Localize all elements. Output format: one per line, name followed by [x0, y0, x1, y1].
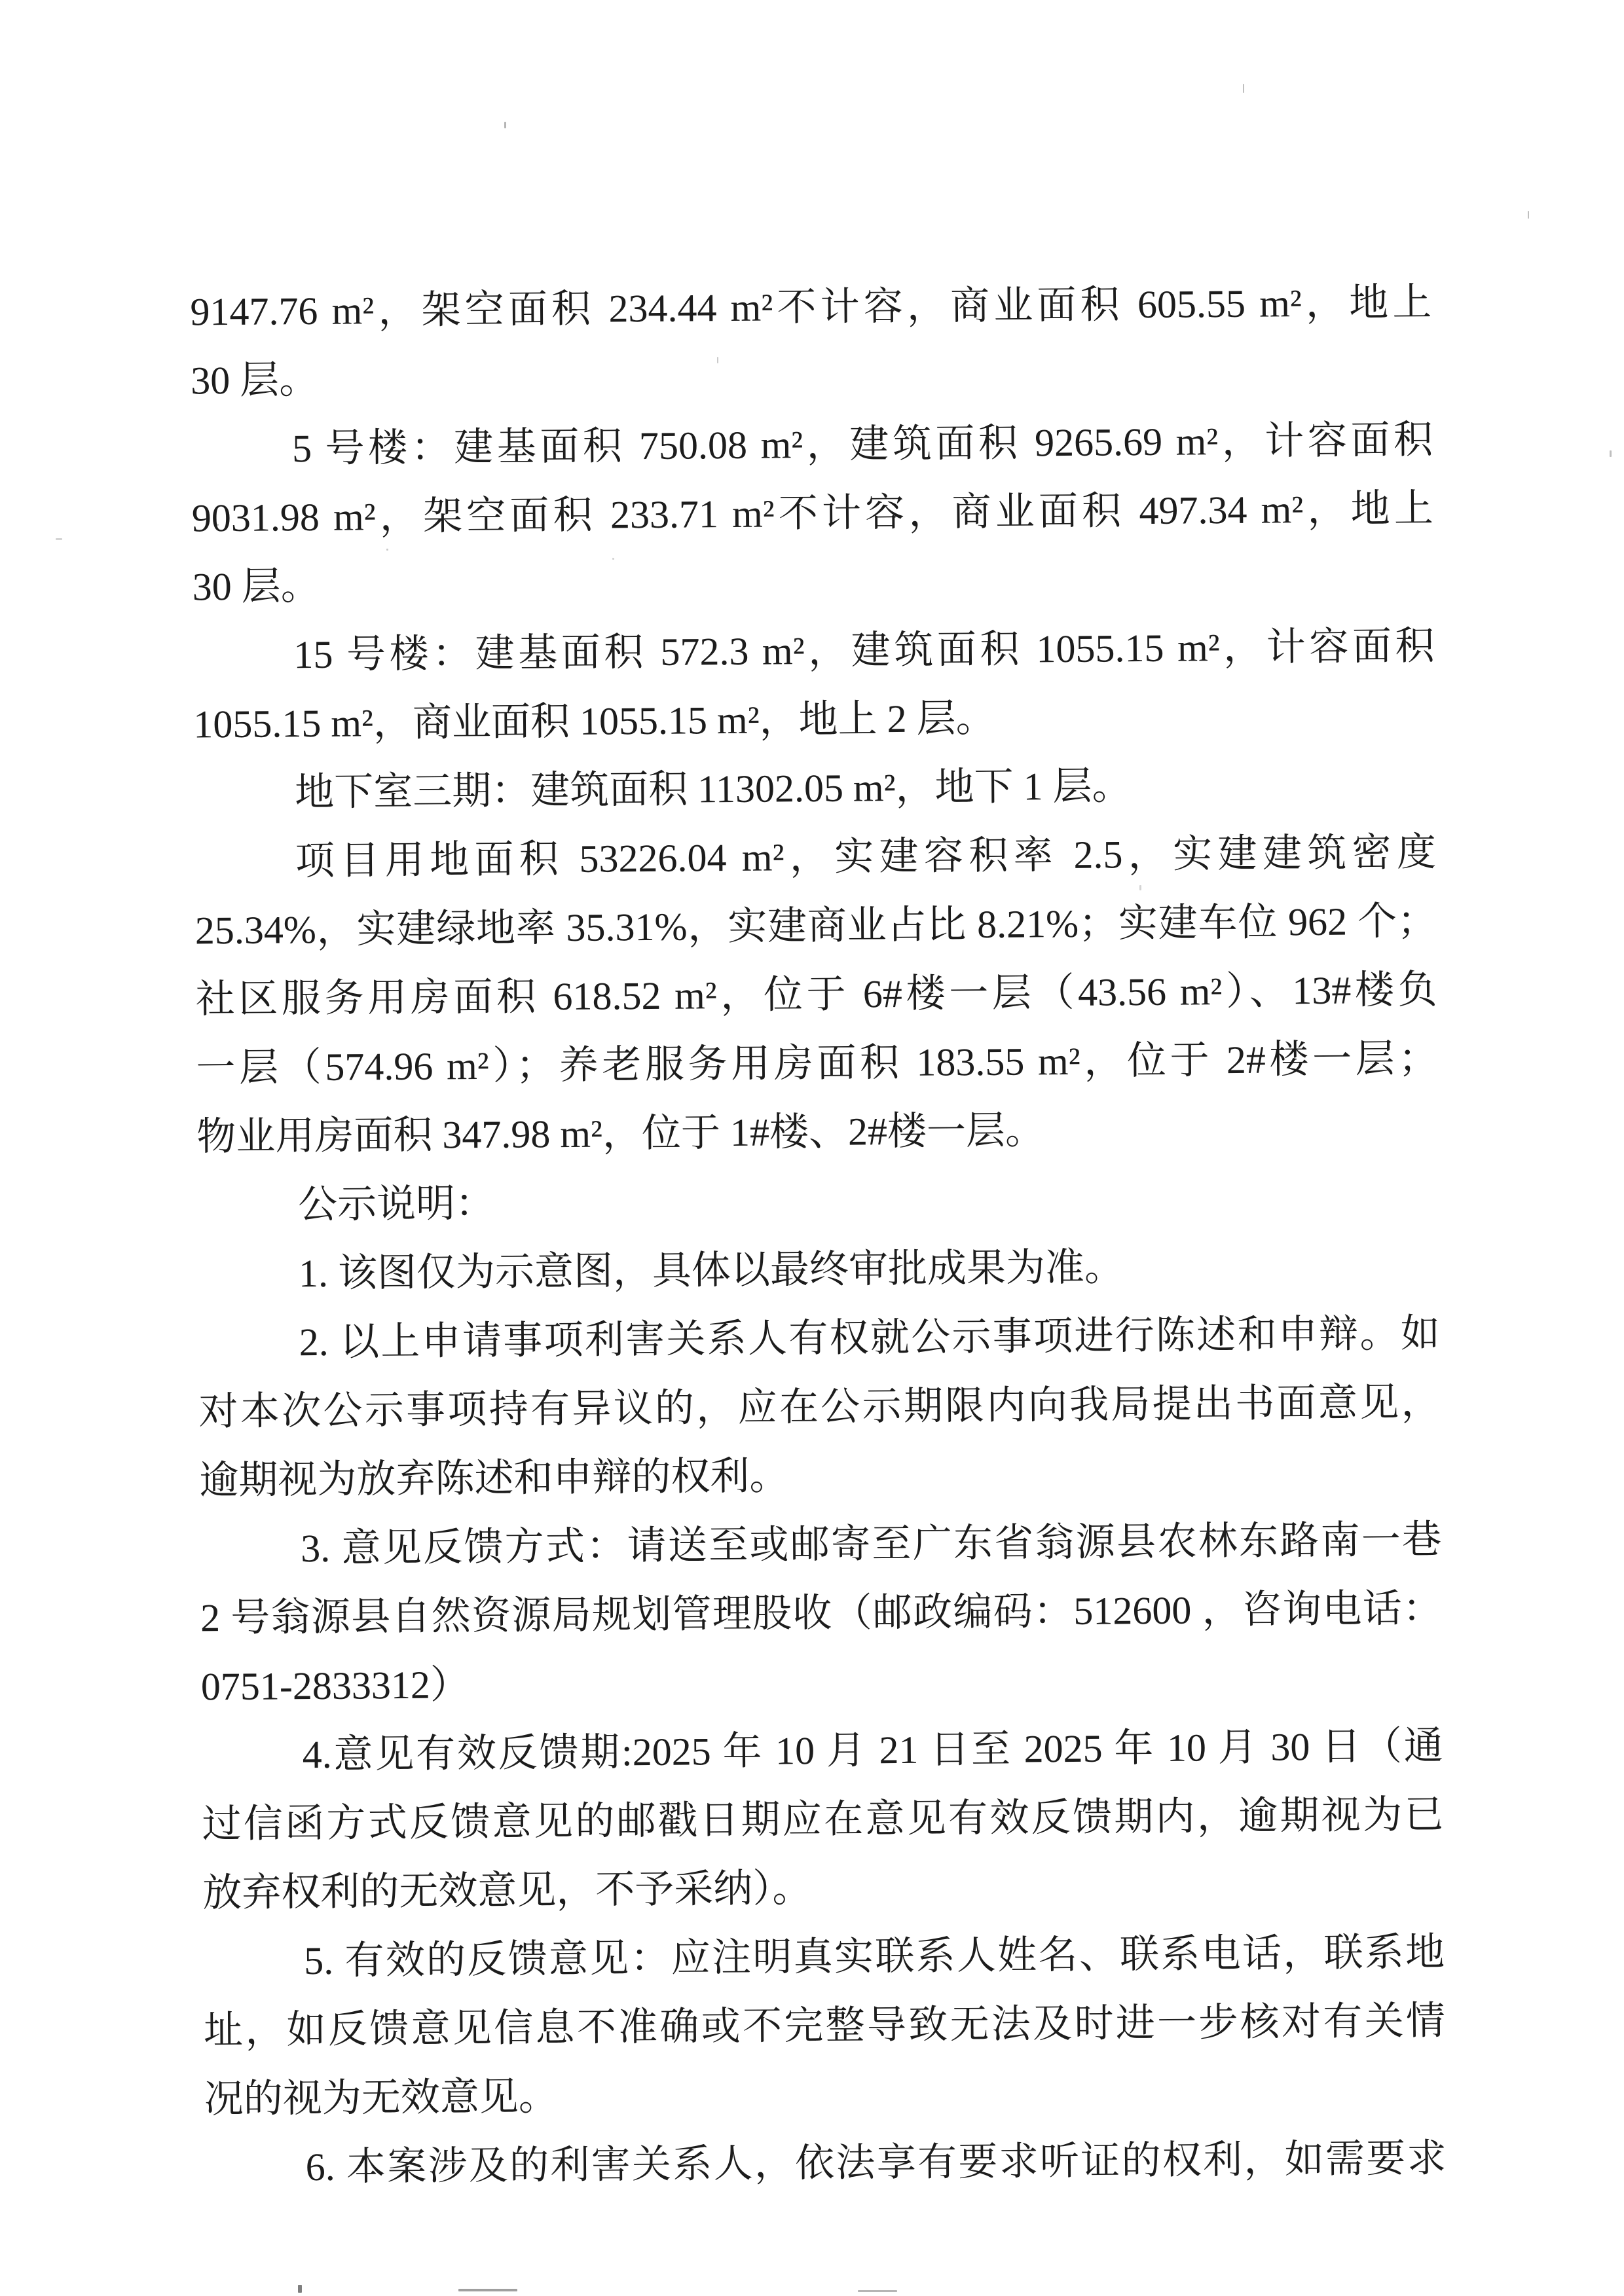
text-line: 2. 以上申请事项利害关系人有权就公示事项进行陈述和申辩。如 [198, 1300, 1440, 1378]
text-line: 30 层。 [191, 337, 1433, 416]
text-block: 9147.76 m²，架空面积 234.44 m²不计容，商业面积 605.55… [190, 268, 1447, 2203]
text-line: 1055.15 m²，商业面积 1055.15 m²，地上 2 层。 [193, 681, 1435, 759]
text-line: 况的视为无效意见。 [204, 2055, 1446, 2134]
scan-noise-speck [504, 122, 506, 128]
text-line: 项目用地面积 53226.04 m²，实建容积率 2.5，实建建筑密度 [194, 818, 1437, 897]
scan-noise-speck [56, 538, 62, 540]
text-line: 地下室三期：建筑面积 11302.05 m²，地下 1 层。 [194, 750, 1436, 828]
text-line: 30 层。 [192, 543, 1434, 622]
scan-noise-speck [858, 2290, 897, 2292]
text-line: 1. 该图仅为示意图，具体以最终审批成果为准。 [198, 1231, 1440, 1309]
text-line: 3. 意见反馈方式：请送至或邮寄至广东省翁源县农林东路南一巷 [200, 1506, 1442, 1584]
text-line: 4.意见有效反馈期:2025 年 10 月 21 日至 2025 年 10 月 … [201, 1712, 1443, 1791]
scan-noise-speck [216, 524, 219, 526]
scan-noise-speck [1610, 450, 1612, 457]
text-line: 9031.98 m²，架空面积 233.71 m²不计容，商业面积 497.34… [191, 475, 1433, 553]
text-line: 址，如反馈意见信息不准确或不完整导致无法及时进一步核对有关情 [204, 1986, 1446, 2065]
text-line: 一层（574.96 m²）；养老服务用房面积 183.55 m²，位于 2#楼一… [196, 1025, 1438, 1103]
text-line: 放弃权利的无效意见，不予采纳）。 [202, 1850, 1445, 1928]
text-line: 5 号楼：建基面积 750.08 m²，建筑面积 9265.69 m²，计容面积 [191, 406, 1433, 484]
scanned-notice-page: 9147.76 m²，架空面积 234.44 m²不计容，商业面积 605.55… [0, 0, 1624, 2296]
text-line: 6. 本案涉及的利害关系人，依法享有要求听证的权利，如需要求 [204, 2124, 1447, 2202]
scan-noise-speck [717, 357, 718, 363]
scan-noise-speck [1243, 84, 1244, 93]
scan-noise-speck [298, 2285, 302, 2293]
scan-noise-speck [1139, 885, 1141, 890]
text-line: 9147.76 m²，架空面积 234.44 m²不计容，商业面积 605.55… [190, 268, 1432, 347]
text-line: 社区服务用房面积 618.52 m²，位于 6#楼一层（43.56 m²）、13… [195, 956, 1437, 1034]
scan-noise-speck [386, 549, 388, 551]
text-line: 对本次公示事项持有异议的，应在公示期限内向我局提出书面意见， [198, 1368, 1441, 1447]
text-line: 15 号楼：建基面积 572.3 m²，建筑面积 1055.15 m²，计容面积 [193, 612, 1435, 691]
scan-noise-speck [612, 558, 614, 560]
text-line: 5. 有效的反馈意见：应注明真实联系人姓名、联系电话，联系地 [203, 1918, 1445, 1997]
text-line: 2 号翁源县自然资源局规划管理股收（邮政编码：512600 ，咨询电话： [200, 1575, 1443, 1653]
text-line: 逾期视为放弃陈述和申辩的权利。 [199, 1437, 1441, 1516]
scan-noise-speck [458, 2289, 517, 2291]
text-line: 25.34%，实建绿地率 35.31%，实建商业占比 8.21%；实建车位 96… [194, 887, 1437, 966]
scan-noise-speck [1528, 211, 1529, 219]
text-line: 过信函方式反馈意见的邮戳日期应在意见有效反馈期内，逾期视为已 [202, 1781, 1444, 1859]
text-line: 0751-2833312） [200, 1643, 1443, 1722]
text-line: 公示说明： [197, 1162, 1439, 1241]
text-line: 物业用房面积 347.98 m²，位于 1#楼、2#楼一层。 [196, 1093, 1439, 1172]
